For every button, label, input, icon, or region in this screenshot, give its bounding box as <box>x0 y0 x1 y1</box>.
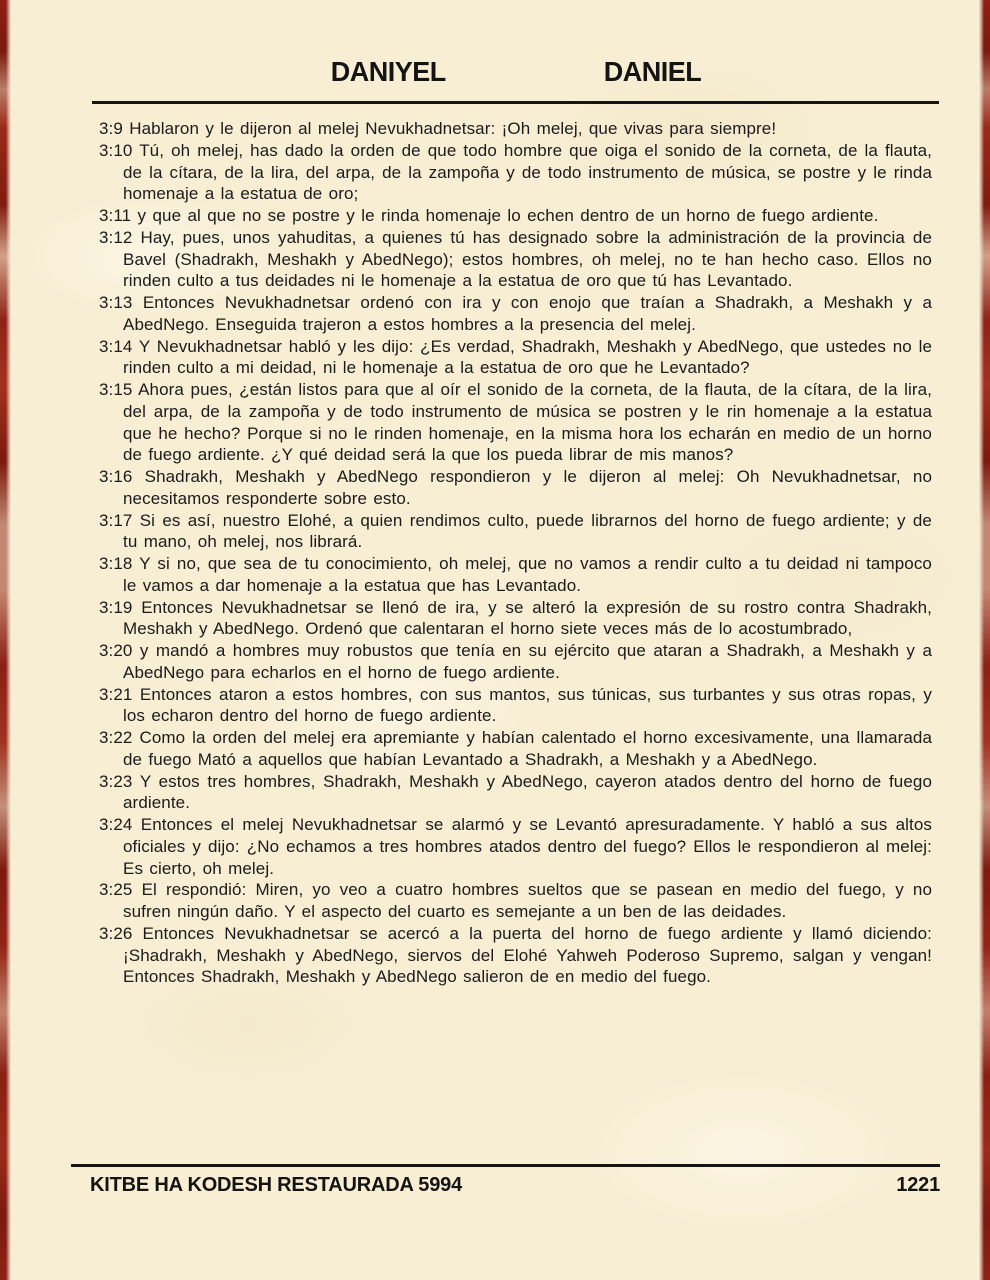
edition-title: KITBE HA KODESH RESTAURADA 5994 <box>90 1174 462 1197</box>
page-header: DANIYEL DANIEL <box>0 57 990 88</box>
footer-divider-rule <box>71 1164 940 1167</box>
verse-3-10: 3:10 Tú, oh melej, has dado la orden de … <box>99 140 932 205</box>
verse-3-15: 3:15 Ahora pues, ¿están listos para que … <box>99 379 932 466</box>
book-title-spanish: DANIEL <box>604 57 702 89</box>
page: DANIYEL DANIEL 3:9 Hablaron y le dijeron… <box>0 0 990 1280</box>
verse-list: 3:9 Hablaron y le dijeron al melej Nevuk… <box>99 118 932 988</box>
verse-3-25: 3:25 El respondió: Miren, yo veo a cuatr… <box>99 879 932 923</box>
verse-3-23: 3:23 Y estos tres hombres, Shadrakh, Mes… <box>99 771 932 815</box>
verse-3-24: 3:24 Entonces el melej Nevukhadnetsar se… <box>99 814 932 879</box>
verse-3-13: 3:13 Entonces Nevukhadnetsar ordenó con … <box>99 292 932 336</box>
verse-3-16: 3:16 Shadrakh, Meshakh y AbedNego respon… <box>99 466 932 510</box>
red-paint-texture <box>0 0 11 1280</box>
right-page-edge-mark <box>979 0 990 1280</box>
verse-3-26: 3:26 Entonces Nevukhadnetsar se acercó a… <box>99 923 932 988</box>
verse-3-12: 3:12 Hay, pues, unos yahuditas, a quiene… <box>99 227 932 292</box>
verse-3-21: 3:21 Entonces ataron a estos hombres, co… <box>99 684 932 728</box>
red-paint-texture <box>979 0 990 1280</box>
header-titles: DANIYEL DANIEL <box>331 57 702 88</box>
verse-3-11: 3:11 y que al que no se postre y le rind… <box>99 205 932 227</box>
verse-3-22: 3:22 Como la orden del melej era apremia… <box>99 727 932 771</box>
verse-3-19: 3:19 Entonces Nevukhadnetsar se llenó de… <box>99 597 932 641</box>
book-title-hebrew: DANIYEL <box>331 57 446 89</box>
page-footer: KITBE HA KODESH RESTAURADA 5994 1221 <box>90 1174 940 1197</box>
verse-3-20: 3:20 y mandó a hombres muy robustos que … <box>99 640 932 684</box>
header-divider-rule <box>92 101 939 104</box>
verse-3-14: 3:14 Y Nevukhadnetsar habló y les dijo: … <box>99 336 932 380</box>
verse-3-17: 3:17 Si es así, nuestro Elohé, a quien r… <box>99 510 932 554</box>
page-number: 1221 <box>896 1174 940 1197</box>
left-page-edge-mark <box>0 0 11 1280</box>
verse-3-18: 3:18 Y si no, que sea de tu conocimiento… <box>99 553 932 597</box>
verse-3-9: 3:9 Hablaron y le dijeron al melej Nevuk… <box>99 118 932 140</box>
